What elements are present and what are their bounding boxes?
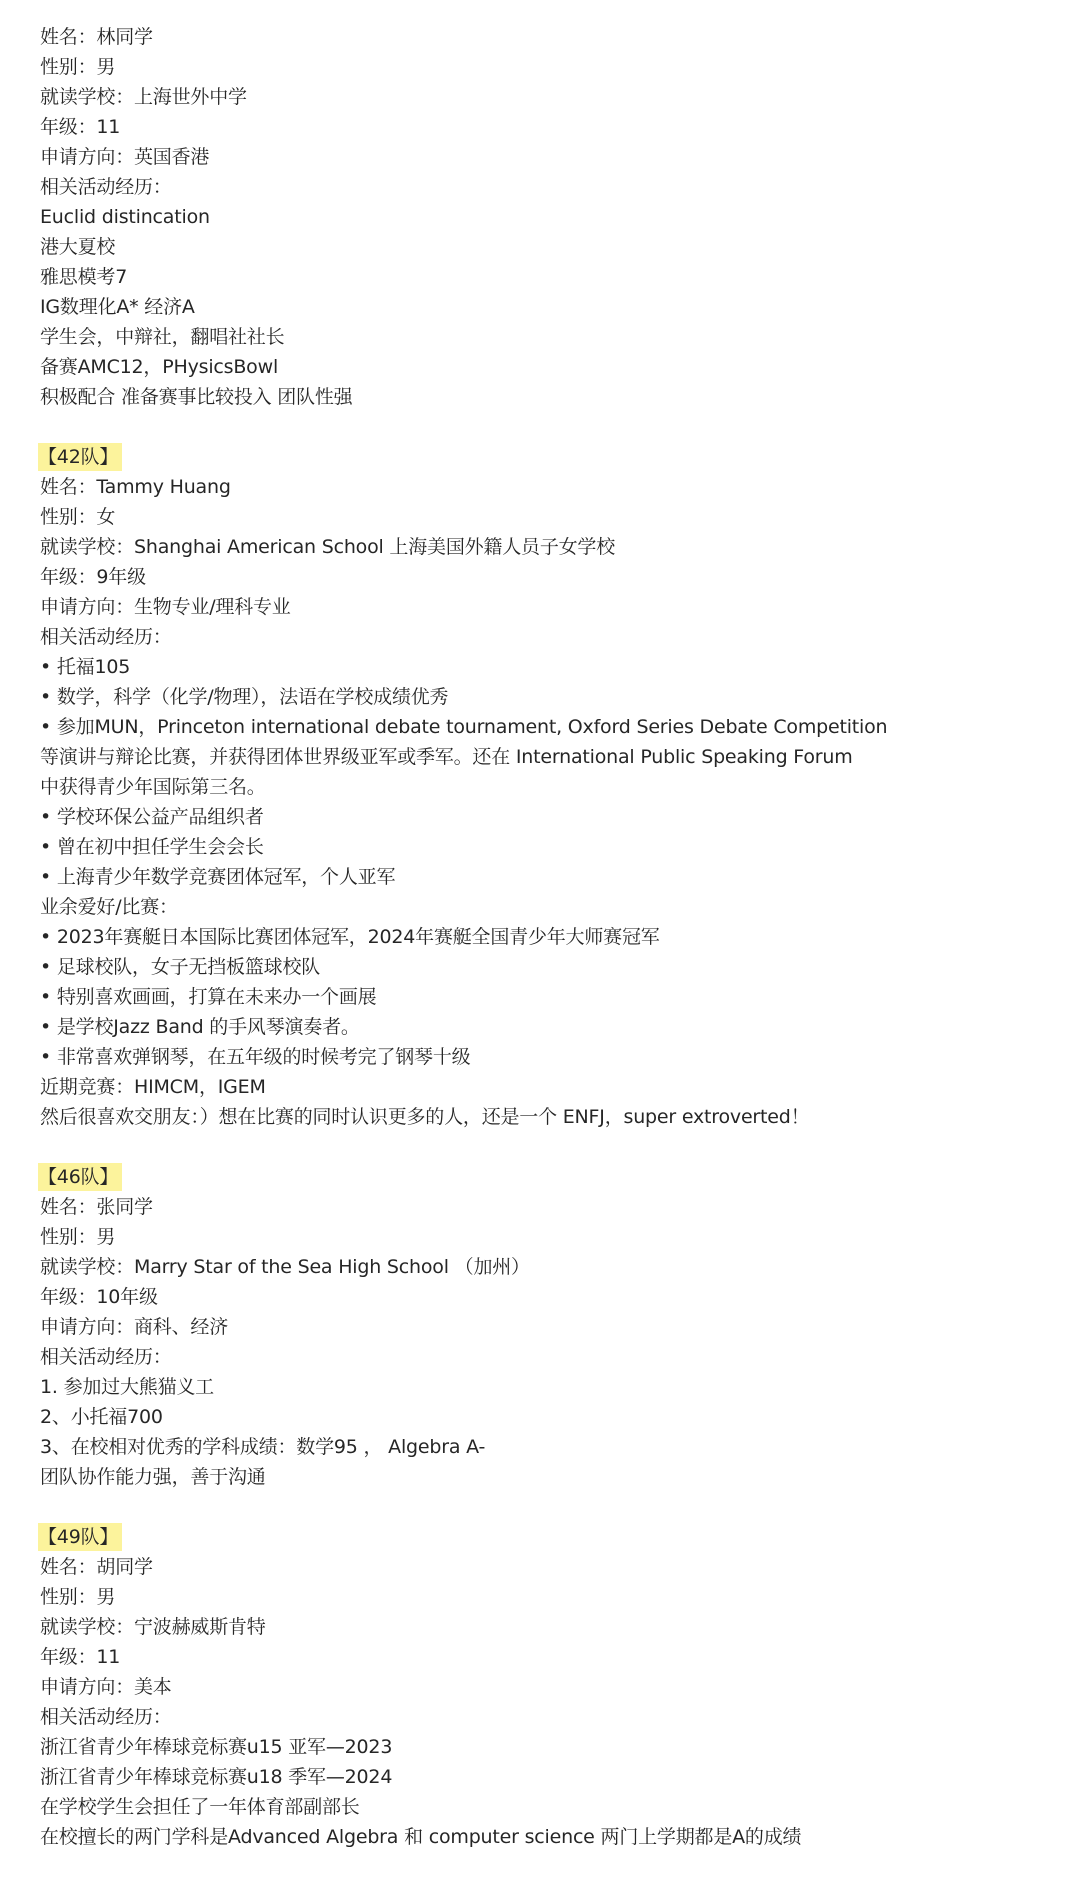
gender-line: 性别：女 [40, 502, 1080, 532]
application-direction-line: 申请方向：生物专业/理科专业 [40, 592, 1080, 622]
team-49-profile: 【49队】 姓名：胡同学 性别：男 就读学校：宁波赫威斯肯特 年级：11 申请方… [40, 1522, 1080, 1852]
activities-heading: 相关活动经历： [40, 1702, 1080, 1732]
activity-item: 浙江省青少年棒球竞标赛u15 亚军—2023 [40, 1732, 1080, 1762]
activity-item: 积极配合 准备赛事比较投入 团队性强 [40, 382, 1080, 412]
activities-heading: 相关活动经历： [40, 172, 1080, 202]
team-header: 【42队】 [40, 442, 1080, 472]
gender-line: 性别：男 [40, 52, 1080, 82]
hobby-bullet: • 2023年赛艇日本国际比赛团体冠军，2024年赛艇全国青少年大师赛冠军 [40, 922, 1080, 952]
activity-bullet: • 曾在初中担任学生会会长 [40, 832, 1080, 862]
activity-bullet: • 数学，科学（化学/物理），法语在学校成绩优秀 [40, 682, 1080, 712]
personality-line: 然后很喜欢交朋友：）想在比赛的同时认识更多的人，还是一个 ENFJ，super … [40, 1102, 1080, 1132]
activity-bullet: • 学校环保公益产品组织者 [40, 802, 1080, 832]
application-direction-line: 申请方向：英国香港 [40, 142, 1080, 172]
activity-item: 在校擅长的两门学科是Advanced Algebra 和 computer sc… [40, 1822, 1080, 1852]
hobby-bullet: • 特别喜欢画画，打算在未来办一个画展 [40, 982, 1080, 1012]
activity-bullet: • 上海青少年数学竞赛团体冠军，个人亚军 [40, 862, 1080, 892]
team-42-profile: 【42队】 姓名：Tammy Huang 性别：女 就读学校：Shanghai … [40, 442, 1080, 1132]
activity-item: 港大夏校 [40, 232, 1080, 262]
grade-line: 年级：11 [40, 112, 1080, 142]
application-direction-line: 申请方向：美本 [40, 1672, 1080, 1702]
grade-line: 年级：10年级 [40, 1282, 1080, 1312]
activity-item: 1. 参加过大熊猫义工 [40, 1372, 1080, 1402]
activity-bullet-continuation: 等演讲与辩论比赛，并获得团体世界级亚军或季军。还在 International … [40, 742, 1080, 772]
activity-item: 学生会，中辩社，翻唱社社长 [40, 322, 1080, 352]
activity-item: 备赛AMC12，PHysicsBowl [40, 352, 1080, 382]
recent-competitions-line: 近期竞赛：HIMCM，IGEM [40, 1072, 1080, 1102]
activity-item: 雅思模考7 [40, 262, 1080, 292]
school-line: 就读学校：宁波赫威斯肯特 [40, 1612, 1080, 1642]
grade-line: 年级：9年级 [40, 562, 1080, 592]
team-header: 【49队】 [40, 1522, 1080, 1552]
activity-bullet: • 参加MUN，Princeton international debate t… [40, 712, 1080, 742]
name-line: 姓名：林同学 [40, 22, 1080, 52]
spacer [40, 1132, 1080, 1162]
name-line: 姓名：张同学 [40, 1192, 1080, 1222]
activity-item: 2、小托福700 [40, 1402, 1080, 1432]
team-tag-highlight: 【49队】 [38, 1523, 122, 1551]
team-tag-highlight: 【46队】 [38, 1163, 122, 1191]
hobby-bullet: • 足球校队，女子无挡板篮球校队 [40, 952, 1080, 982]
school-line: 就读学校：Marry Star of the Sea High School （… [40, 1252, 1080, 1282]
hobbies-heading: 业余爱好/比赛： [40, 892, 1080, 922]
activities-heading: 相关活动经历： [40, 622, 1080, 652]
activities-heading: 相关活动经历： [40, 1342, 1080, 1372]
activity-bullet-continuation: 中获得青少年国际第三名。 [40, 772, 1080, 802]
school-line: 就读学校：上海世外中学 [40, 82, 1080, 112]
activity-item: IG数理化A* 经济A [40, 292, 1080, 322]
name-line: 姓名：Tammy Huang [40, 472, 1080, 502]
hobby-bullet: • 是学校Jazz Band 的手风琴演奏者。 [40, 1012, 1080, 1042]
spacer [40, 1492, 1080, 1522]
gender-line: 性别：男 [40, 1582, 1080, 1612]
spacer [40, 412, 1080, 442]
student-profile-lin: 姓名：林同学 性别：男 就读学校：上海世外中学 年级：11 申请方向：英国香港 … [40, 22, 1080, 412]
activity-item: 在学校学生会担任了一年体育部副部长 [40, 1792, 1080, 1822]
activity-bullet: • 托福105 [40, 652, 1080, 682]
team-46-profile: 【46队】 姓名：张同学 性别：男 就读学校：Marry Star of the… [40, 1162, 1080, 1492]
team-header: 【46队】 [40, 1162, 1080, 1192]
activity-item: Euclid distincation [40, 202, 1080, 232]
teamwork-line: 团队协作能力强，善于沟通 [40, 1462, 1080, 1492]
application-direction-line: 申请方向：商科、经济 [40, 1312, 1080, 1342]
school-line: 就读学校：Shanghai American School 上海美国外籍人员子女… [40, 532, 1080, 562]
activity-item: 浙江省青少年棒球竞标赛u18 季军—2024 [40, 1762, 1080, 1792]
gender-line: 性别：男 [40, 1222, 1080, 1252]
activity-item: 3、在校相对优秀的学科成绩：数学95 ， Algebra A- [40, 1432, 1080, 1462]
grade-line: 年级：11 [40, 1642, 1080, 1672]
team-tag-highlight: 【42队】 [38, 443, 122, 471]
name-line: 姓名：胡同学 [40, 1552, 1080, 1582]
document: 姓名：林同学 性别：男 就读学校：上海世外中学 年级：11 申请方向：英国香港 … [0, 0, 1080, 1852]
hobby-bullet: • 非常喜欢弹钢琴，在五年级的时候考完了钢琴十级 [40, 1042, 1080, 1072]
